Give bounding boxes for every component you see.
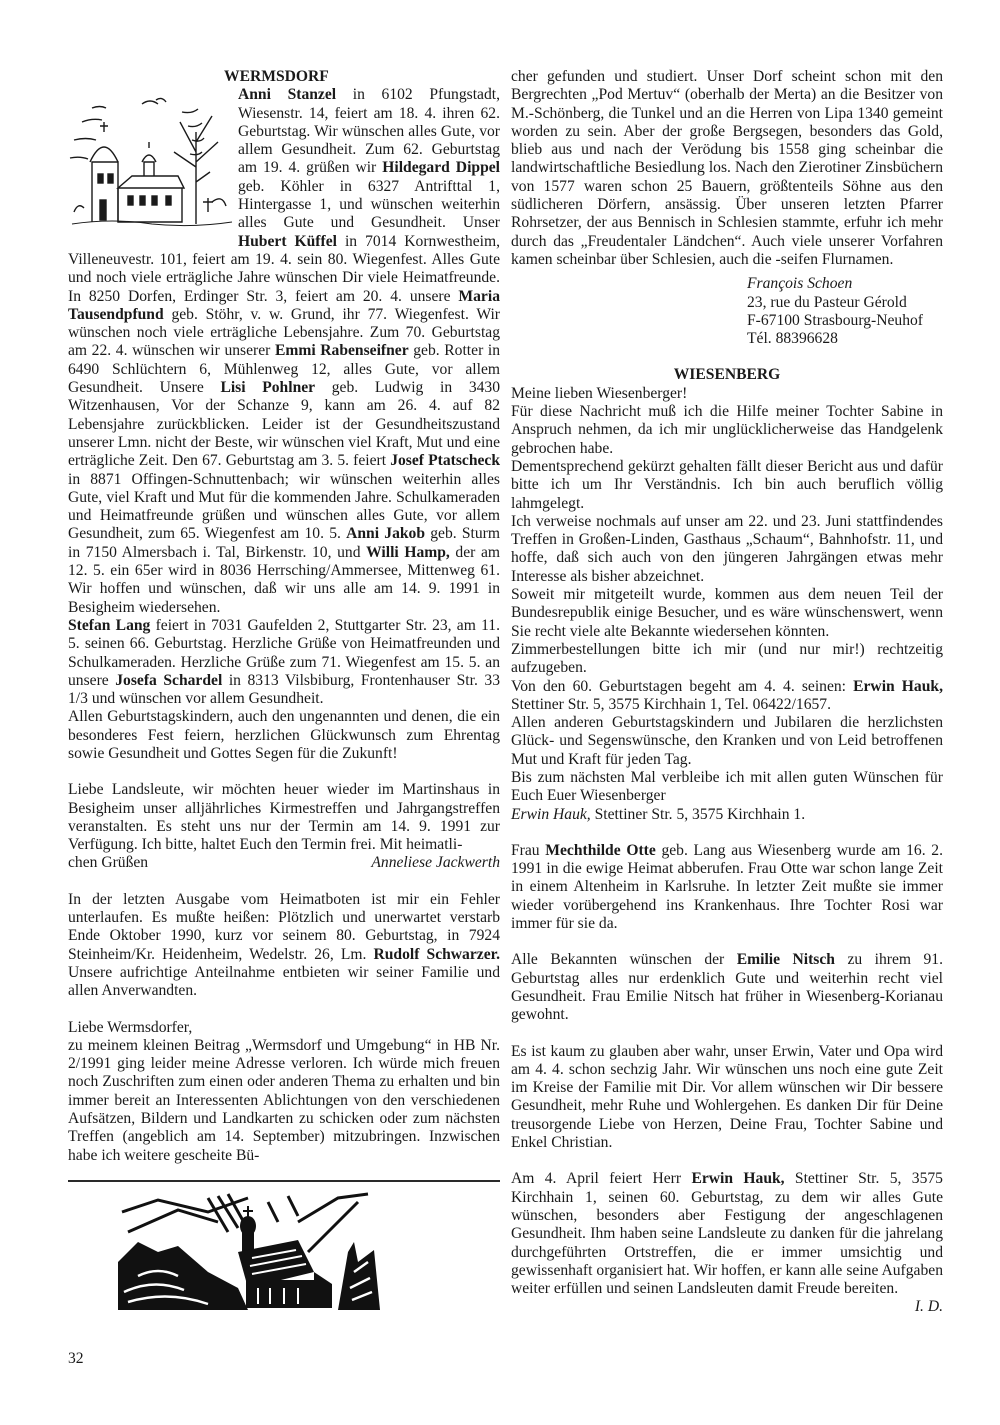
person-name: Anni Jakob [346,525,425,542]
church-illustration-icon [62,92,234,234]
signature-name: Erwin Hauk, [511,806,591,823]
person-name: Lisi Pohlner [220,379,315,396]
all-birthdays-paragraph: Allen Geburtstagskindern, auch den ungen… [68,708,500,763]
person-name: Josef Ptatscheck [390,452,500,469]
person-name: Rudolf Schwarzer. [374,946,501,963]
correction-paragraph: In der letzten Ausgabe vom Heimatboten i… [68,891,500,1001]
person-name: Emilie Nitsch [737,951,835,968]
person-name: Emmi Rabenseifner [275,342,409,359]
letter-signature-block: François Schoen 23, rue du Pasteur Gérol… [747,275,943,348]
nitsch-paragraph: Alle Bekannten wünschen der Emilie Nitsc… [511,951,943,1024]
closing-paragraph: Bis zum nächsten Mal verbleibe ich mit a… [511,769,943,806]
others-paragraph: Allen anderen Geburtstagskindern und Jub… [511,714,943,769]
wiesenberg-paragraph: Ich verweise nochmals auf unser am 22. u… [511,513,943,586]
section-heading-wermsdorf: WERMSDORF [68,68,500,86]
signature-name: François Schoen [747,275,943,293]
family-paragraph: Es ist kaum zu glauben aber wahr, unser … [511,1043,943,1153]
stefan-lang-paragraph: Stefan Lang feiert in 7031 Gaufelden 2, … [68,617,500,708]
person-name: Willi Hamp, [366,544,450,561]
divider-line [68,1180,500,1182]
wiesenberg-greeting: Meine lieben Wiesenberger! [511,385,943,403]
letter-greeting: Liebe Wermsdorfer, [68,1019,500,1037]
page-number: 32 [68,1350,84,1368]
wiesenberg-paragraph: Soweit mir mitgeteilt wurde, kommen aus … [511,586,943,641]
initials-signature: I. D. [511,1298,943,1316]
person-name: Hildegard Dippel [382,159,500,176]
april-paragraph: Am 4. April feiert Herr Erwin Hauk, Stet… [511,1170,943,1298]
wiesenberg-paragraph: Dementsprechend gekürzt gehalten fällt d… [511,458,943,513]
left-column: WERMSDORF [68,68,500,1310]
person-name: Erwin Hauk, [691,1170,784,1187]
kirmes-paragraph: Liebe Landsleute, wir möchten heuer wied… [68,781,500,854]
signature-city: F-67100 Strasbourg-Neuhof [747,312,943,330]
person-name: Anni Stanzel [238,86,336,103]
section-heading-wiesenberg: WIESENBERG [511,366,943,384]
wiesenberg-paragraph: Zimmerbestellungen bitte ich mir (und nu… [511,641,943,678]
letter-continued: cher gefunden und studiert. Unser Dorf s… [511,68,943,269]
signature-phone: Tél. 88396628 [747,330,943,348]
right-column: cher gefunden und studiert. Unser Dorf s… [511,68,943,1317]
kirmes-signature: Anneliese Jackwerth [371,854,500,872]
otte-obituary: Frau Mechthilde Otte geb. Lang aus Wiese… [511,842,943,933]
person-name: Mechthilde Otte [545,842,655,859]
signature-street: 23, rue du Pasteur Gérold [747,294,943,312]
woodcut-chapel-icon [118,1192,386,1310]
sixtieth-birthday-paragraph: Von den 60. Geburtstagen begeht am 4. 4.… [511,678,943,715]
person-name: Hubert Küffel [238,233,337,250]
kirmes-signature-line: chen Grüßen Anneliese Jackwerth [68,854,500,872]
person-name: Stefan Lang [68,617,150,634]
person-name: Josefa Schardel [115,672,222,689]
kirmes-closing: chen Grüßen [68,854,148,872]
wiesenberg-signature: Erwin Hauk, Stettiner Str. 5, 3575 Kirch… [511,806,943,824]
letter-body: zu meinem kleinen Beitrag „Wermsdorf und… [68,1037,500,1165]
person-name: Erwin Hauk, [853,678,943,695]
wiesenberg-paragraph: Für diese Nachricht muß ich die Hilfe me… [511,403,943,458]
